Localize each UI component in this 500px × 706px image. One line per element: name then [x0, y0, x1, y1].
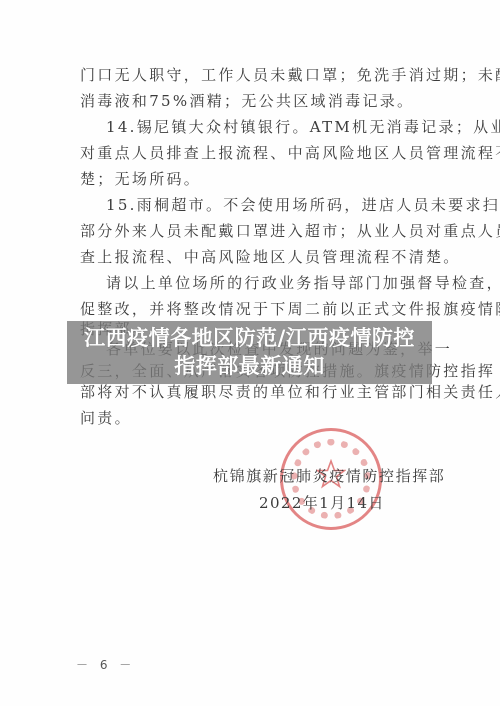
body-text-line: 门口无人职守，工作人员未戴口罩；免洗手消过期；未配备 — [80, 62, 440, 88]
body-text-line: 楚；无场所码。 — [80, 166, 440, 192]
overlay-title-line-2: 指挥部最新通知 — [67, 352, 432, 380]
overlay-title-line-1: 江西疫情各地区防范/江西疫情防控 — [67, 324, 432, 352]
body-text-line: 消毒液和75%酒精；无公共区域消毒记录。 — [80, 88, 440, 114]
body-text-line: 部分外来人员未配戴口罩进入超市；从业人员对重点人员排 — [80, 218, 440, 244]
body-text-line: 请以上单位场所的行政业务指导部门加强督导检查，督 — [106, 270, 440, 296]
body-text-line: 对重点人员排查上报流程、中高风险地区人员管理流程不清 — [80, 140, 440, 166]
page-number: － 6 － — [76, 656, 135, 673]
document-page: 门口无人职守，工作人员未戴口罩；免洗手消过期；未配备 消毒液和75%酒精；无公共… — [0, 0, 500, 706]
body-text-line: 14.锡尼镇大众村镇银行。ATM机无消毒记录；从业人员 — [106, 114, 440, 140]
overlay-title: 江西疫情各地区防范/江西疫情防控 指挥部最新通知 — [67, 324, 432, 380]
body-text-line: 15.雨桐超市。不会使用场所码，进店人员未要求扫码； — [106, 192, 440, 218]
signature-date: 2022年1月14日 — [259, 493, 385, 513]
body-text-line: 查上报流程、中高风险地区人员管理流程不清楚。 — [80, 244, 440, 270]
title-overlay-banner: 江西疫情各地区防范/江西疫情防控 指挥部最新通知 — [67, 321, 432, 384]
signature-organization: 杭锦旗新冠肺炎疫情防控指挥部 — [213, 466, 445, 486]
body-text-line: 问责。 — [80, 405, 440, 431]
